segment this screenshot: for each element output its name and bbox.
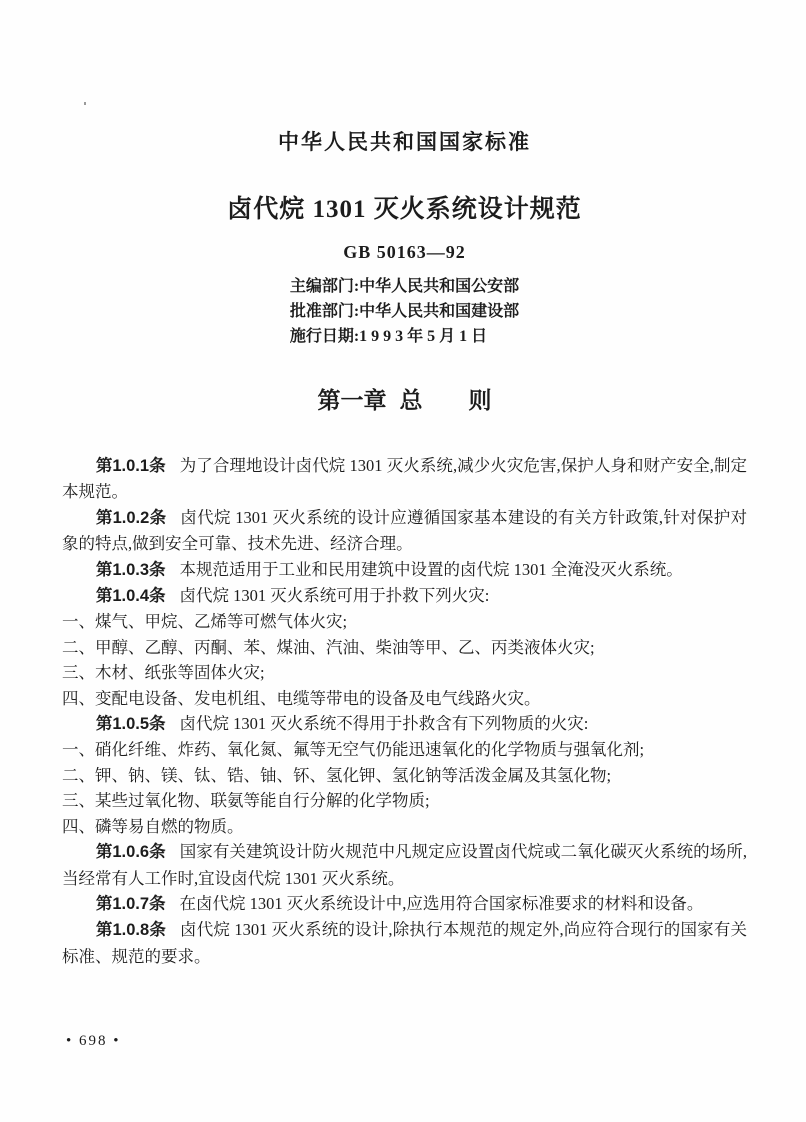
item-text: 三、木材、纸张等固体火灾; <box>62 663 265 682</box>
page-number: • 698 • <box>66 1031 121 1051</box>
article-text: 卤代烷 1301 灭火系统可用于扑救下列火灾: <box>180 586 490 605</box>
document-header: 中华人民共和国国家标准 卤代烷 1301 灭火系统设计规范 GB 50163—9… <box>62 127 747 349</box>
article-paragraph: 第1.0.8条卤代烷 1301 灭火系统的设计,除执行本规范的规定外,尚应符合现… <box>62 917 747 969</box>
list-item-paragraph: 三、木材、纸张等固体火灾; <box>62 660 747 685</box>
standard-code: GB 50163—92 <box>62 240 747 264</box>
item-text: 二、甲醇、乙醇、丙酮、苯、煤油、汽油、柴油等甲、乙、丙类液体火灾; <box>62 638 595 657</box>
meta-line-effective-date: 施行日期:1 9 9 3 年 5 月 1 日 <box>290 324 519 349</box>
item-text: 四、变配电设备、发电机组、电缆等带电的设备及电气线路火灾。 <box>62 689 541 708</box>
article-paragraph: 第1.0.4条卤代烷 1301 灭火系统可用于扑救下列火灾: <box>62 583 747 609</box>
item-text: 四、磷等易自燃的物质。 <box>62 817 244 836</box>
document-page: 中华人民共和国国家标准 卤代烷 1301 灭火系统设计规范 GB 50163—9… <box>0 0 806 1122</box>
article-number: 第1.0.2条 <box>96 509 167 527</box>
article-paragraph: 第1.0.5条卤代烷 1301 灭火系统不得用于扑救含有下列物质的火灾: <box>62 711 747 737</box>
article-paragraph: 第1.0.2条卤代烷 1301 灭火系统的设计应遵循国家基本建设的有关方针政策,… <box>62 505 747 557</box>
list-item-paragraph: 二、钾、钠、镁、钛、锆、铀、钚、氢化钾、氢化钠等活泼金属及其氢化物; <box>62 763 747 788</box>
chapter-heading: 第一章总 则 <box>62 385 747 415</box>
article-number: 第1.0.6条 <box>96 843 166 861</box>
list-item-paragraph: 三、某些过氧化物、联氨等能自行分解的化学物质; <box>62 788 747 813</box>
article-number: 第1.0.4条 <box>96 587 166 605</box>
article-number: 第1.0.3条 <box>96 561 166 579</box>
chapter-number: 第一章 <box>318 387 387 413</box>
scan-artifact-speck <box>84 102 86 105</box>
item-text: 一、硝化纤维、炸药、氧化氮、氟等无空气仍能迅速氧化的化学物质与强氧化剂; <box>62 740 644 759</box>
list-item-paragraph: 四、磷等易自燃的物质。 <box>62 814 747 839</box>
chapter-title: 总 则 <box>400 387 492 413</box>
article-paragraph: 第1.0.3条本规范适用于工业和民用建筑中设置的卤代烷 1301 全淹没灭火系统… <box>62 557 747 583</box>
article-paragraph: 第1.0.6条国家有关建筑设计防火规范中凡规定应设置卤代烷或二氧化碳灭火系统的场… <box>62 839 747 891</box>
meta-block: 主编部门:中华人民共和国公安部 批准部门:中华人民共和国建设部 施行日期:1 9… <box>290 274 519 349</box>
article-number: 第1.0.1条 <box>96 457 166 475</box>
item-text: 一、煤气、甲烷、乙烯等可燃气体火灾; <box>62 612 347 631</box>
item-text: 三、某些过氧化物、联氨等能自行分解的化学物质; <box>62 791 430 810</box>
list-item-paragraph: 一、硝化纤维、炸药、氧化氮、氟等无空气仍能迅速氧化的化学物质与强氧化剂; <box>62 737 747 762</box>
meta-line-chief-editor: 主编部门:中华人民共和国公安部 <box>290 274 519 299</box>
article-paragraph: 第1.0.1条为了合理地设计卤代烷 1301 灭火系统,减少火灾危害,保护人身和… <box>62 453 747 505</box>
article-text: 在卤代烷 1301 灭火系统设计中,应选用符合国家标准要求的材料和设备。 <box>180 894 704 913</box>
article-number: 第1.0.5条 <box>96 715 166 733</box>
meta-line-approver: 批准部门:中华人民共和国建设部 <box>290 299 519 324</box>
list-item-paragraph: 二、甲醇、乙醇、丙酮、苯、煤油、汽油、柴油等甲、乙、丙类液体火灾; <box>62 635 747 660</box>
article-paragraph: 第1.0.7条在卤代烷 1301 灭火系统设计中,应选用符合国家标准要求的材料和… <box>62 891 747 917</box>
page-content: 中华人民共和国国家标准 卤代烷 1301 灭火系统设计规范 GB 50163—9… <box>0 0 806 969</box>
list-item-paragraph: 四、变配电设备、发电机组、电缆等带电的设备及电气线路火灾。 <box>62 686 747 711</box>
article-text: 卤代烷 1301 灭火系统不得用于扑救含有下列物质的火灾: <box>180 714 589 733</box>
article-text: 本规范适用于工业和民用建筑中设置的卤代烷 1301 全淹没灭火系统。 <box>180 560 683 579</box>
document-body: 第1.0.1条为了合理地设计卤代烷 1301 灭火系统,减少火灾危害,保护人身和… <box>62 453 747 969</box>
item-text: 二、钾、钠、镁、钛、锆、铀、钚、氢化钾、氢化钠等活泼金属及其氢化物; <box>62 766 611 785</box>
standard-label: 中华人民共和国国家标准 <box>62 127 747 157</box>
article-number: 第1.0.8条 <box>96 921 166 939</box>
article-number: 第1.0.7条 <box>96 895 166 913</box>
document-title: 卤代烷 1301 灭火系统设计规范 <box>62 193 747 227</box>
list-item-paragraph: 一、煤气、甲烷、乙烯等可燃气体火灾; <box>62 609 747 634</box>
